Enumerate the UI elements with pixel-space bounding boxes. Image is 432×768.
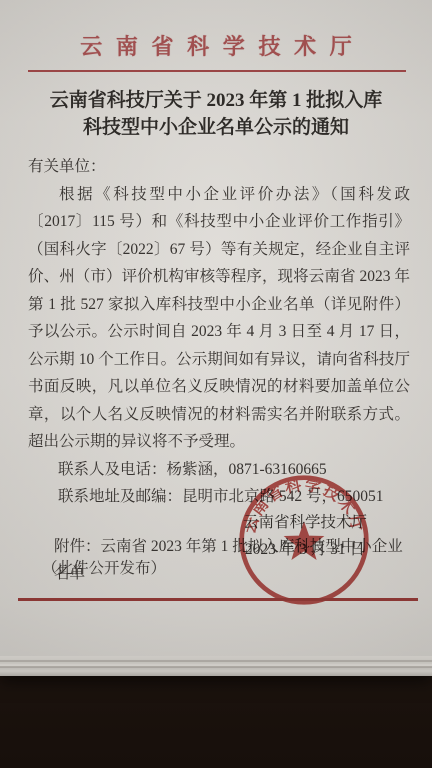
- document-title: 云南省科技厅关于 2023 年第 1 批拟入库 科技型中小企业名单公示的通知: [0, 87, 432, 141]
- letterhead-title: 云南省科学技术厅: [0, 0, 432, 61]
- footer-rule: [18, 598, 418, 601]
- salutation: 有关单位：: [28, 153, 408, 181]
- body-paragraph: 根据《科技型中小企业评价办法》（国科发政〔2017〕115 号）和《科技型中小企…: [28, 181, 410, 456]
- document-title-line2: 科技型中小企业名单公示的通知: [0, 114, 432, 141]
- contact-address-line: 联系地址及邮编：昆明市北京路 542 号，650051: [58, 483, 410, 511]
- paper-stack-edge: [0, 656, 432, 676]
- letterhead-rule: [28, 70, 406, 72]
- document-title-line1: 云南省科技厅关于 2023 年第 1 批拟入库: [0, 87, 432, 114]
- signature-block: 云南省科学技术厅 2023 年 3 月 31 日: [225, 509, 385, 563]
- document-page: 云南省科学技术厅 云南省科技厅关于 2023 年第 1 批拟入库 科技型中小企业…: [0, 0, 432, 676]
- public-release-note: （此件公开发布）: [42, 556, 166, 578]
- photo-scene: 云南省科学技术厅 云南省科技厅关于 2023 年第 1 批拟入库 科技型中小企业…: [0, 0, 432, 768]
- contact-phone-line: 联系人及电话：杨紫涵，0871-63160665: [58, 456, 410, 484]
- signature-org: 云南省科学技术厅: [225, 509, 385, 536]
- signature-date: 2023 年 3 月 31 日: [225, 536, 385, 563]
